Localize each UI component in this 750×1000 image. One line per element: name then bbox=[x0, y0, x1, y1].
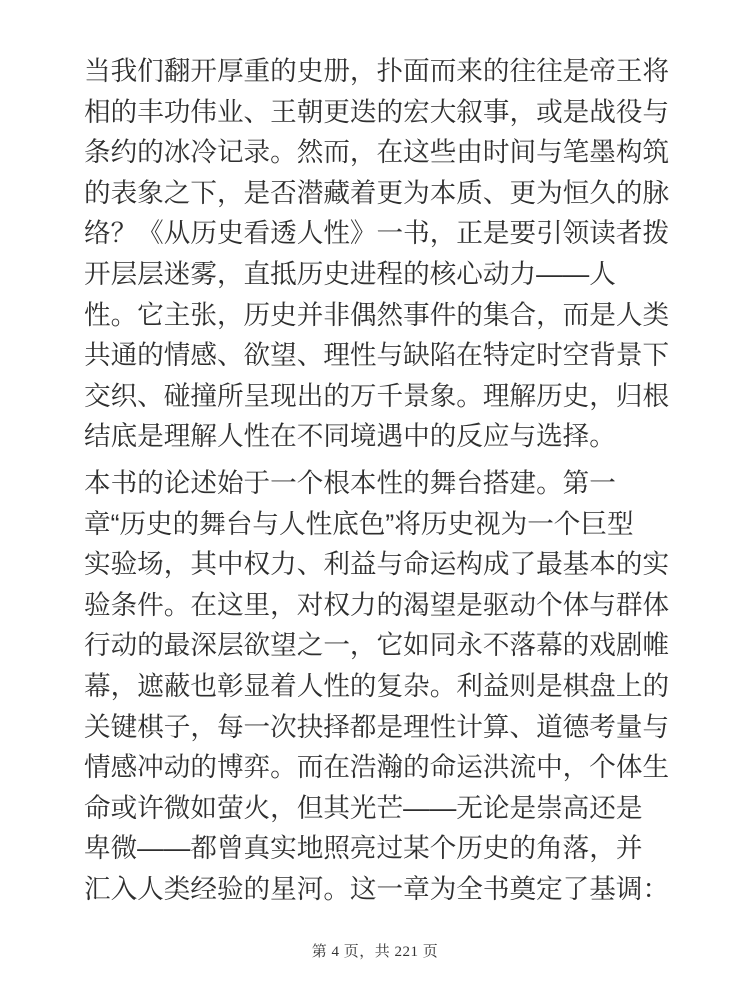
document-page: 当我们翻开厚重的史册，扑面而来的往往是帝王将 相的丰功伟业、王朝更迭的宏大叙事，… bbox=[0, 0, 750, 1000]
text-line: 结底是理解人性在不同境遇中的反应与选择。 bbox=[84, 416, 680, 457]
text-line: 关键棋子，每一次抉择都是理性计算、道德考量与 bbox=[84, 707, 680, 748]
paragraph-1: 当我们翻开厚重的史册，扑面而来的往往是帝王将 相的丰功伟业、王朝更迭的宏大叙事，… bbox=[84, 51, 680, 457]
text-line: 共通的情感、欲望、理性与缺陷在特定时空背景下 bbox=[84, 335, 680, 376]
text-line: 行动的最深层欲望之一，它如同永不落幕的戏剧帷 bbox=[84, 625, 680, 666]
text-line: 命或许微如萤火，但其光芒——无论是崇高还是 bbox=[84, 788, 680, 829]
page-content: 当我们翻开厚重的史册，扑面而来的往往是帝王将 相的丰功伟业、王朝更迭的宏大叙事，… bbox=[84, 51, 680, 909]
text-line: 性。它主张，历史并非偶然事件的集合，而是人类 bbox=[84, 295, 680, 336]
page-number-indicator: 第 4 页，共 221 页 bbox=[312, 944, 439, 960]
page-footer: 第 4 页，共 221 页 bbox=[0, 941, 750, 963]
text-line: 的表象之下，是否潜藏着更为本质、更为恒久的脉 bbox=[84, 173, 680, 214]
text-line: 卑微——都曾真实地照亮过某个历史的角落，并 bbox=[84, 828, 680, 869]
text-line: 本书的论述始于一个根本性的舞台搭建。第一 bbox=[84, 463, 680, 504]
text-line: 实验场，其中权力、利益与命运构成了最基本的实 bbox=[84, 544, 680, 585]
text-line: 条约的冰冷记录。然而，在这些由时间与笔墨构筑 bbox=[84, 132, 680, 173]
text-line: 情感冲动的博弈。而在浩瀚的命运洪流中，个体生 bbox=[84, 747, 680, 788]
paragraph-2: 本书的论述始于一个根本性的舞台搭建。第一 章“历史的舞台与人性底色”将历史视为一… bbox=[84, 463, 680, 910]
text-line: 验条件。在这里，对权力的渴望是驱动个体与群体 bbox=[84, 585, 680, 626]
text-line: 开层层迷雾，直抵历史进程的核心动力——人 bbox=[84, 254, 680, 295]
text-line: 相的丰功伟业、王朝更迭的宏大叙事，或是战役与 bbox=[84, 92, 680, 133]
text-line: 络？《从历史看透人性》一书，正是要引领读者拨 bbox=[84, 213, 680, 254]
text-line: 章“历史的舞台与人性底色”将历史视为一个巨型 bbox=[84, 504, 680, 545]
text-line: 交织、碰撞所呈现出的万千景象。理解历史，归根 bbox=[84, 376, 680, 417]
text-line: 汇入人类经验的星河。这一章为全书奠定了基调： bbox=[84, 869, 680, 910]
text-line: 当我们翻开厚重的史册，扑面而来的往往是帝王将 bbox=[84, 51, 680, 92]
text-line: 幕，遮蔽也彰显着人性的复杂。利益则是棋盘上的 bbox=[84, 666, 680, 707]
